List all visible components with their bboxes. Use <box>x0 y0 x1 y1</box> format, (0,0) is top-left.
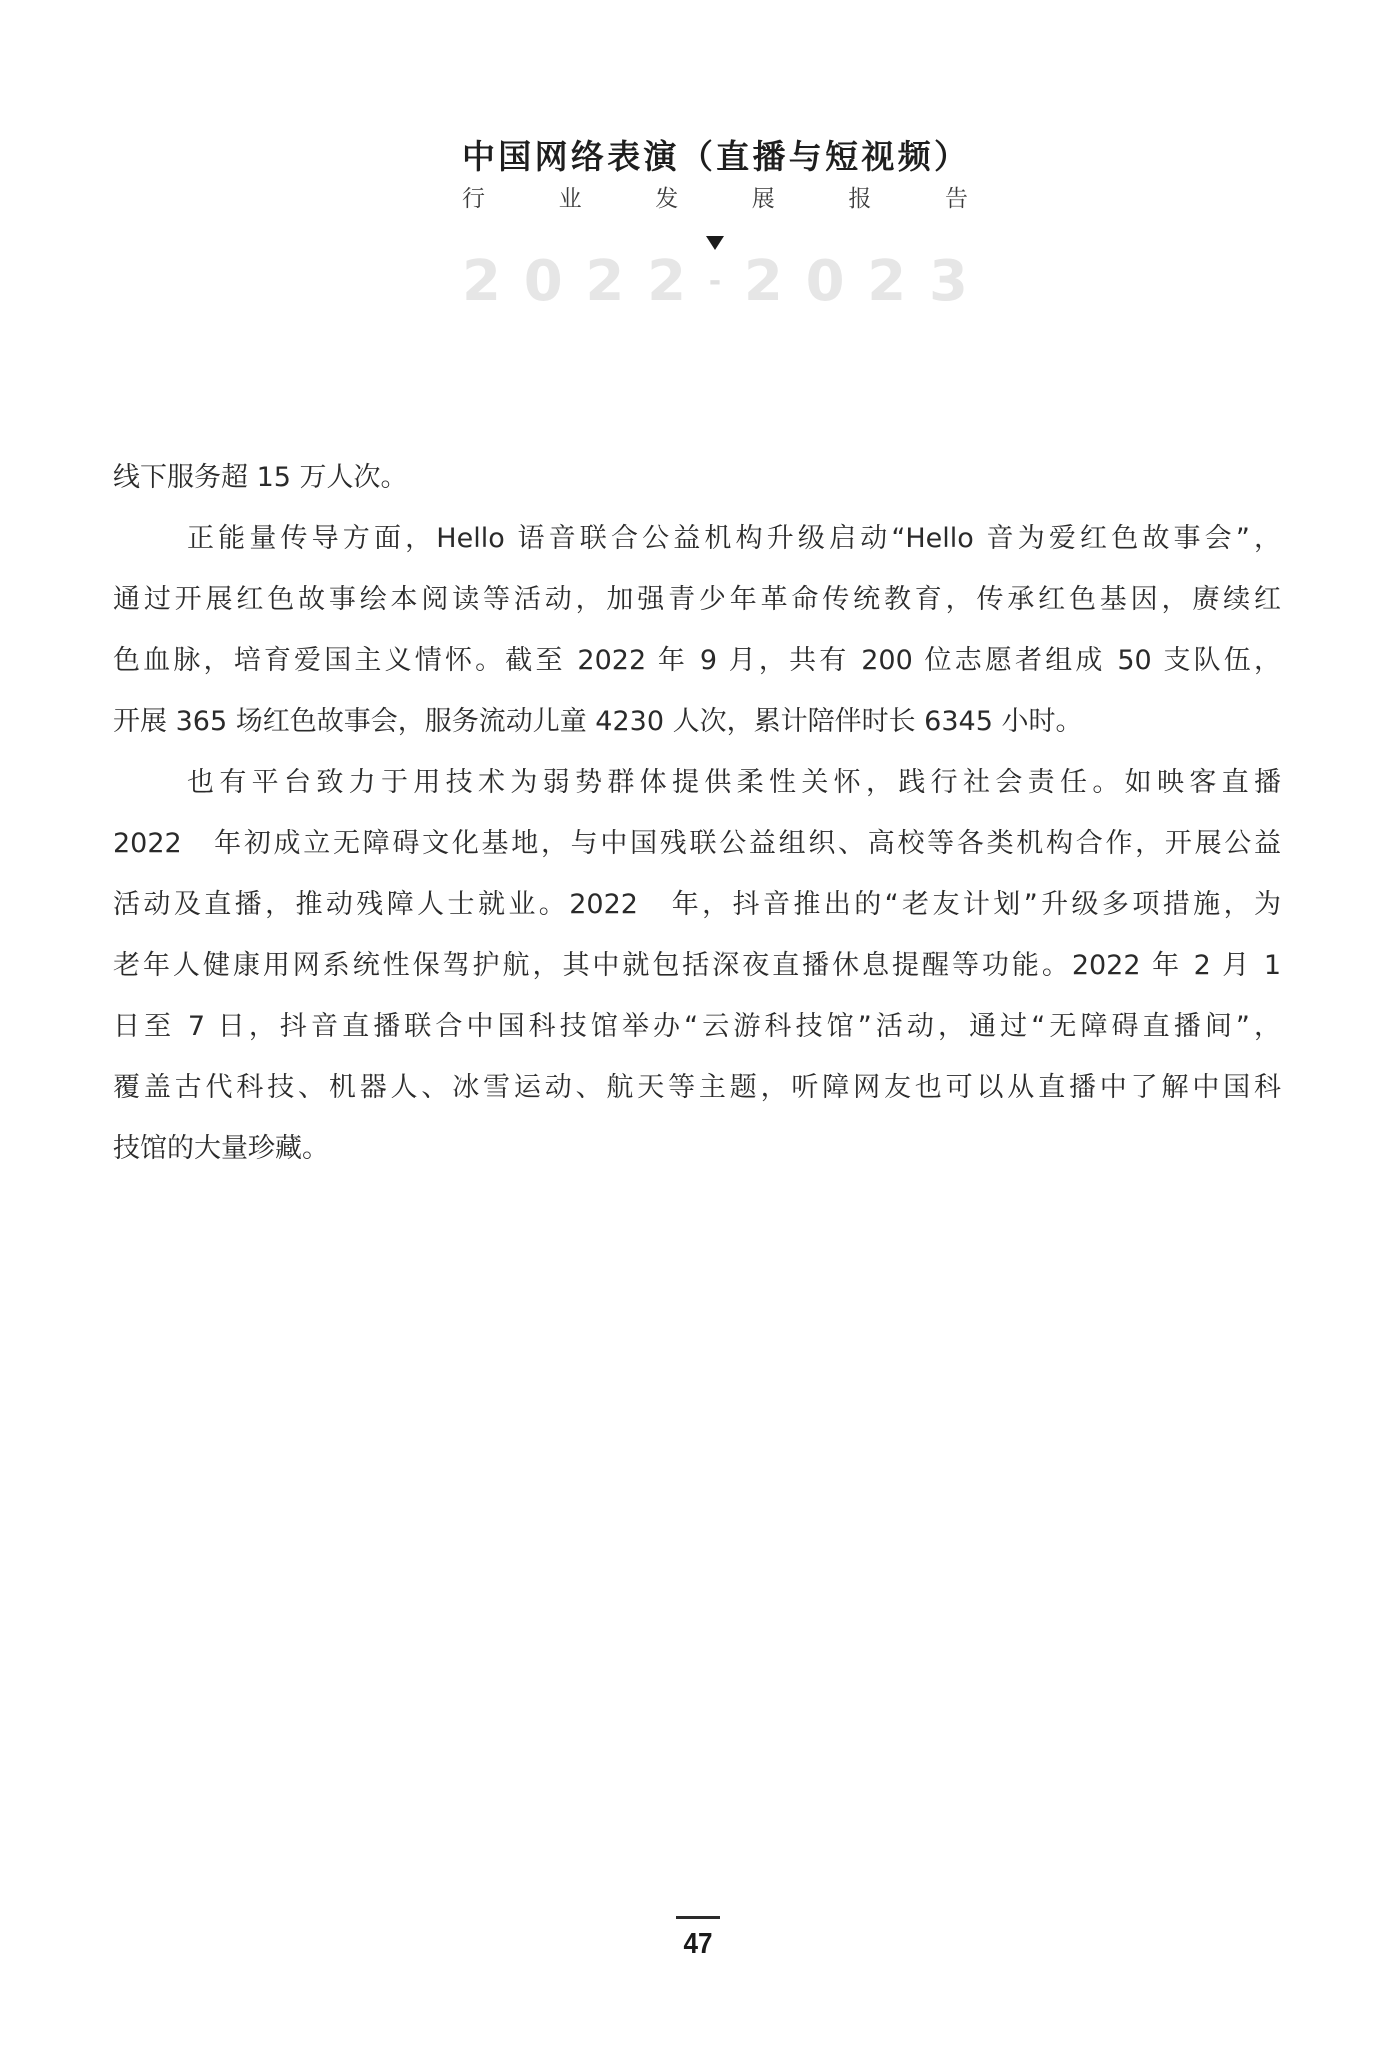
year-char: 2 <box>867 252 906 312</box>
year-dash: - <box>709 252 721 312</box>
year-char: 2 <box>647 252 686 312</box>
text-line: 日至 7 日，抖音直播联合中国科技馆举办“云游科技馆”活动，通过“无障碍直播间”… <box>113 1007 1281 1068</box>
report-title: 中国网络表演（直播与短视频） <box>462 136 968 178</box>
subtitle-char: 业 <box>559 186 582 212</box>
year-char: 3 <box>929 252 968 312</box>
text-line: 覆盖古代科技、机器人、冰雪运动、航天等主题，听障网友也可以从直播中了解中国科 <box>113 1068 1281 1129</box>
text-line: 活动及直播，推动残障人士就业。2022 年，抖音推出的“老友计划”升级多项措施，… <box>113 885 1281 946</box>
text-line: 也有平台致力于用技术为弱势群体提供柔性关怀，践行社会责任。如映客直播 <box>113 763 1281 824</box>
subtitle-char: 报 <box>848 186 871 212</box>
text-line: 开展 365 场红色故事会，服务流动儿童 4230 人次，累计陪伴时长 6345… <box>113 702 1281 763</box>
triangle-down-icon <box>706 236 724 250</box>
text-line: 色血脉，培育爱国主义情怀。截至 2022 年 9 月，共有 200 位志愿者组成… <box>113 641 1281 702</box>
year-char: 2 <box>744 252 783 312</box>
text-line: 通过开展红色故事绘本阅读等活动，加强青少年革命传统教育，传承红色基因，赓续红 <box>113 580 1281 641</box>
subtitle-char: 展 <box>752 186 775 212</box>
report-year-range: 2 0 2 2 - 2 0 2 3 <box>462 252 968 312</box>
page-number-rule <box>676 1916 720 1919</box>
subtitle-char: 发 <box>655 186 678 212</box>
page-number: 47 <box>676 1916 720 1959</box>
text-line: 2022 年初成立无障碍文化基地，与中国残联公益组织、高校等各类机构合作，开展公… <box>113 824 1281 885</box>
report-subtitle: 行 业 发 展 报 告 <box>462 186 968 212</box>
year-char: 0 <box>806 252 845 312</box>
subtitle-char: 告 <box>945 186 968 212</box>
page-number-value: 47 <box>678 1929 718 1959</box>
text-line: 正能量传导方面，Hello 语音联合公益机构升级启动“Hello 音为爱红色故事… <box>113 519 1281 580</box>
year-char: 2 <box>585 252 624 312</box>
year-char: 0 <box>524 252 563 312</box>
subtitle-char: 行 <box>462 186 485 212</box>
text-line: 线下服务超 15 万人次。 <box>113 458 1281 519</box>
text-line: 老年人健康用网系统性保驾护航，其中就包括深夜直播休息提醒等功能。2022 年 2… <box>113 946 1281 1007</box>
year-char: 2 <box>462 252 501 312</box>
body-text: 线下服务超 15 万人次。 正能量传导方面，Hello 语音联合公益机构升级启动… <box>113 458 1281 1190</box>
text-line: 技馆的大量珍藏。 <box>113 1129 1281 1190</box>
report-header: 中国网络表演（直播与短视频） 行 业 发 展 报 告 2 0 2 2 - 2 0… <box>462 136 968 212</box>
